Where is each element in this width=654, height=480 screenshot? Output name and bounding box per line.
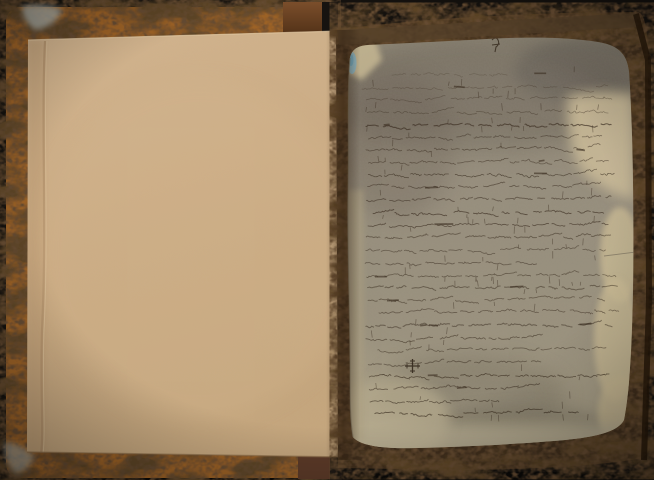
parchment-surface: [315, 30, 654, 462]
photograph-open-register: Open archival register book: blank tan f…: [0, 0, 654, 480]
book-photo: Open archival register book: blank tan f…: [0, 0, 654, 480]
left-flyleaf-page: blank: [27, 30, 360, 458]
gutter-shadow: [326, 30, 360, 460]
right-parchment-page: illegible medieval cursive manuscript in…: [315, 30, 654, 462]
flyleaf-centre-light: [40, 80, 360, 420]
parchment-grain: [340, 30, 640, 455]
